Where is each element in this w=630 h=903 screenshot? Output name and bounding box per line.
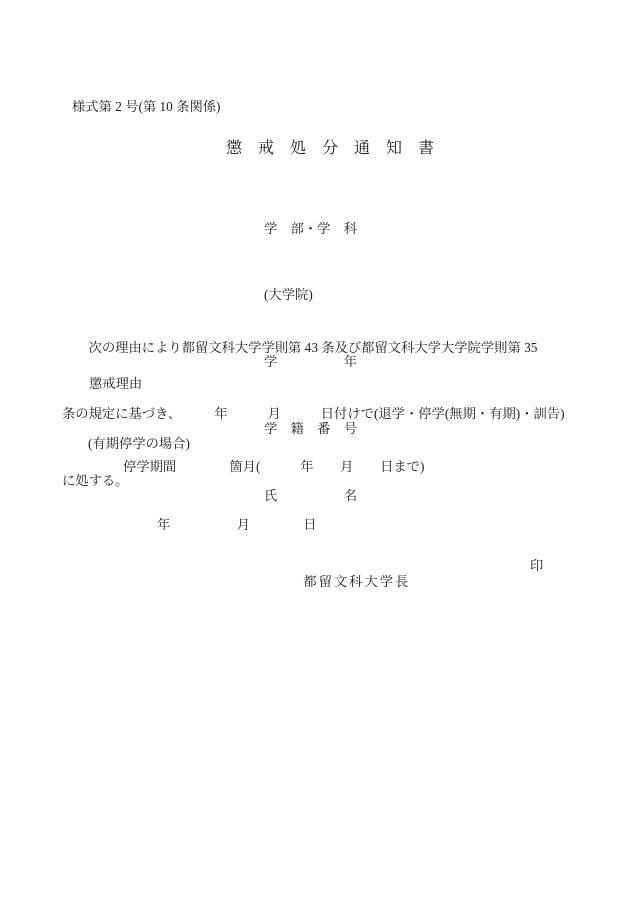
faculty-department-label: 学 部・学 科 [264, 218, 357, 240]
document-page: 様式第 2 号(第 10 条関係) 懲 戒 処 分 通 知 書 学 部・学 科 … [0, 0, 630, 903]
date-line: 年 月 日 [157, 514, 317, 533]
fixed-term-suspension-note: (有期停学の場合) [88, 433, 190, 452]
seal-mark: 印 [530, 555, 543, 574]
signature-line: 都留文科大学長 印 [290, 555, 410, 622]
form-number: 様式第 2 号(第 10 条関係) [72, 96, 220, 115]
body-paragraph-line-1: 次の理由により都留文科大学学則第 43 条及び都留文科大学大学院学則第 35 [62, 337, 565, 359]
suspension-period-line: 停学期間 箇月( 年 月 日まで) [123, 456, 424, 475]
university-president-title: 都留文科大学長 [303, 574, 410, 589]
body-paragraph-line-2: 条の規定に基づき、 年 月 日付けで(退学・停学(無期・有期)・訓告) [62, 403, 565, 425]
document-title: 懲 戒 処 分 通 知 書 [226, 135, 434, 158]
body-paragraph: 次の理由により都留文科大学学則第 43 条及び都留文科大学大学院学則第 35 条… [62, 292, 565, 537]
disciplinary-reason-label: 懲戒理由 [89, 373, 142, 392]
